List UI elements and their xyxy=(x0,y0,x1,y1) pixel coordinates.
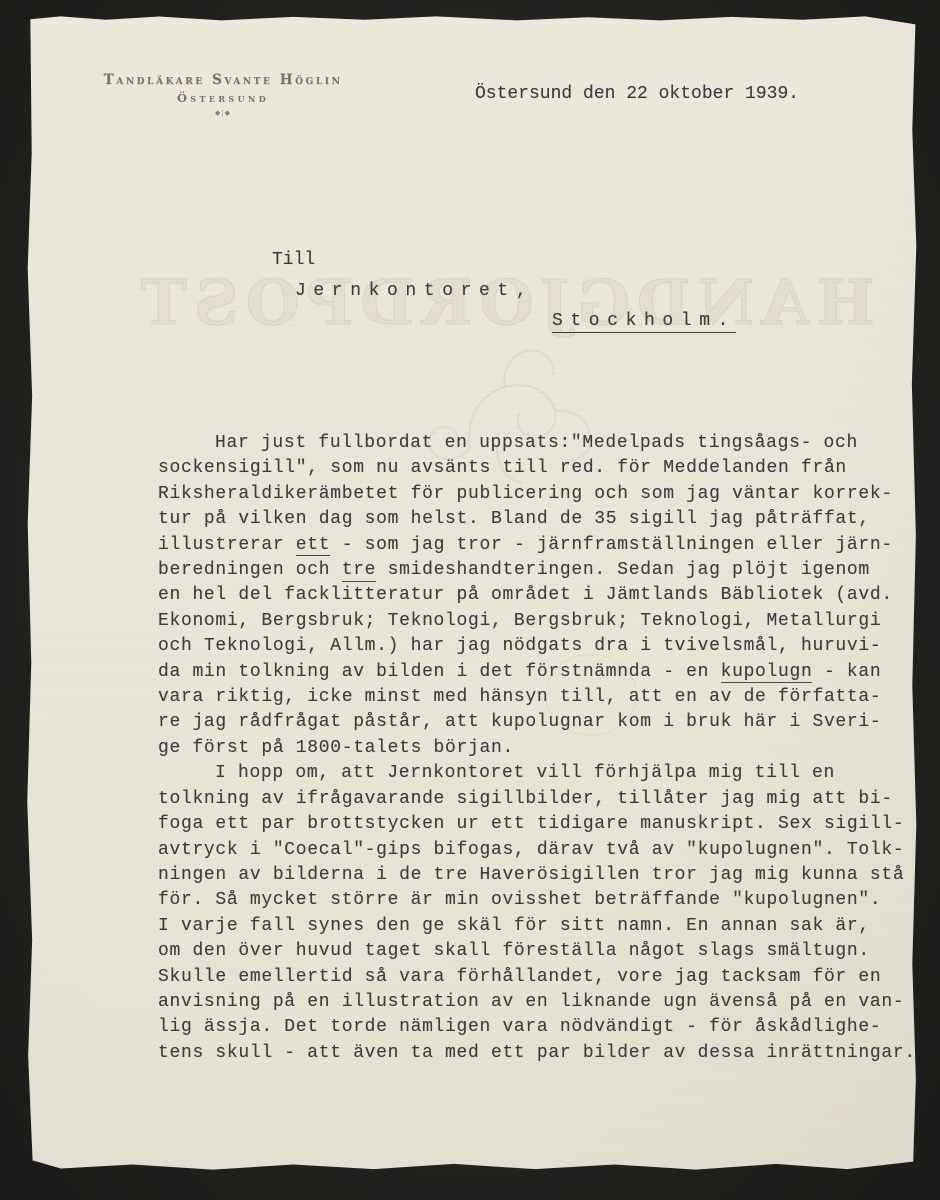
letter-line: I hopp om, att Jernkontoret vill förhjäl… xyxy=(158,761,920,786)
letterhead-ornament-icon: ◆¦◆ xyxy=(75,109,371,117)
letter-line: ningen av bilderna i de tre Haverösigill… xyxy=(158,863,920,888)
letter-line: en hel del facklitteratur på området i J… xyxy=(158,583,920,608)
address-city: Stockholm. xyxy=(552,311,736,333)
letter-line: avtryck i "Coecal"-gips bifogas, därav t… xyxy=(158,838,920,863)
underlined-word: tre xyxy=(342,560,376,582)
letter-line: Har just fullbordat en uppsats:"Medelpad… xyxy=(158,431,920,456)
photo-of-letter: { "colors": { "background": "#232320", "… xyxy=(0,0,940,1200)
letter-line: och Teknologi, Allm.) har jag nödgats dr… xyxy=(158,634,920,659)
address-recipient: Jernkontoret, xyxy=(295,281,534,301)
letter-line: re jag rådfrågat påstår, att kupolugnar … xyxy=(158,710,920,735)
letter-line: illustrerar ett - som jag tror - järnfra… xyxy=(158,533,920,558)
dateline: Östersund den 22 oktober 1939. xyxy=(475,84,799,104)
letter-line: anvisning på en illustration av en likna… xyxy=(158,990,920,1015)
letterhead-city: Östersund xyxy=(75,91,371,105)
paper-watermark-text: HANDGJORDPOST xyxy=(43,266,875,339)
letter-line: beredningen och tre smideshandteringen. … xyxy=(158,558,920,583)
letter-line: Riksheraldikerämbetet för publicering oc… xyxy=(158,482,920,507)
letter-line: Skulle emellertid så vara förhållandet, … xyxy=(158,965,920,990)
letter-line: vara riktig, icke minst med hänsyn till,… xyxy=(158,685,920,710)
letter-line: för. Så mycket större är min ovisshet be… xyxy=(158,888,920,913)
letter-body: Har just fullbordat en uppsats:"Medelpad… xyxy=(158,431,920,1066)
letter-line: foga ett par brottstycken ur ett tidigar… xyxy=(158,812,920,837)
address-salutation: Till xyxy=(272,250,315,270)
letter-line: om den över huvud taget skall föreställa… xyxy=(158,939,920,964)
underlined-word: ett xyxy=(296,535,330,557)
underlined-word: kupolugn xyxy=(721,662,813,684)
letter-line: lig ässja. Det torde nämligen vara nödvä… xyxy=(158,1015,920,1040)
letter-line: tolkning av ifrågavarande sigillbilder, … xyxy=(158,787,920,812)
letter-line: I varje fall synes den ge skäl för sitt … xyxy=(158,914,920,939)
letterhead-name: Tandläkare Svante Höglin xyxy=(75,72,371,88)
letter-line: sockensigill", som nu avsänts till red. … xyxy=(158,456,920,481)
letter-line: ge först på 1800-talets början. xyxy=(158,736,920,761)
letter-line: tur på vilken dag som helst. Bland de 35… xyxy=(158,507,920,532)
letter-line: tens skull - att även ta med ett par bil… xyxy=(158,1041,920,1066)
letterhead: Tandläkare Svante Höglin Östersund ◆¦◆ xyxy=(75,72,371,117)
letter-paper: Tandläkare Svante Höglin Östersund ◆¦◆ Ö… xyxy=(25,14,919,1172)
letter-line: Ekonomi, Bergsbruk; Teknologi, Bergsbruk… xyxy=(158,609,920,634)
letter-line: da min tolkning av bilden i det förstnäm… xyxy=(158,660,920,685)
